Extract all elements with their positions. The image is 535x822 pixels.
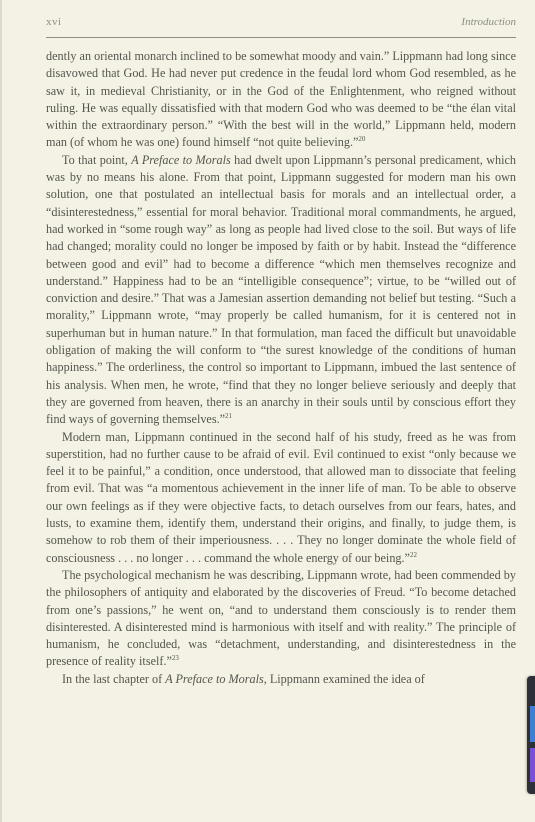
footnote-ref: 20 [358,135,365,143]
text-run: Modern man, Lippmann continued in the se… [46,430,516,565]
paragraph: In the last chapter of A Preface to Mora… [46,671,516,688]
book-title: A Preface to Morals [165,672,264,686]
text-run: To that point, [62,153,131,167]
book-title: A Preface to Morals [131,153,231,167]
page-number: xvi [46,16,62,28]
running-head: xvi Introduction [46,16,516,28]
text-run: In the last chapter of [62,672,165,686]
text-run: The psychological mechanism he was descr… [46,568,516,668]
side-panel-handle[interactable] [527,676,535,794]
footnote-ref: 21 [225,412,232,420]
header-rule [46,37,516,38]
section-title: Introduction [461,16,516,28]
paragraph: The psychological mechanism he was descr… [46,567,516,671]
text-run: had dwelt upon Lippmann’s personal predi… [46,153,516,426]
body-text: dently an oriental monarch inclined to b… [46,48,516,688]
book-page: xvi Introduction dently an oriental mona… [0,0,535,822]
text-run: , Lippmann examined the idea of [264,672,425,686]
footnote-ref: 22 [410,551,417,559]
paragraph: dently an oriental monarch inclined to b… [46,48,516,152]
panel-accent-blue [530,706,535,742]
paragraph: Modern man, Lippmann continued in the se… [46,429,516,567]
paragraph: To that point, A Preface to Morals had d… [46,152,516,429]
text-run: dently an oriental monarch inclined to b… [46,49,516,149]
footnote-ref: 23 [172,654,179,662]
panel-accent-purple [530,748,535,782]
